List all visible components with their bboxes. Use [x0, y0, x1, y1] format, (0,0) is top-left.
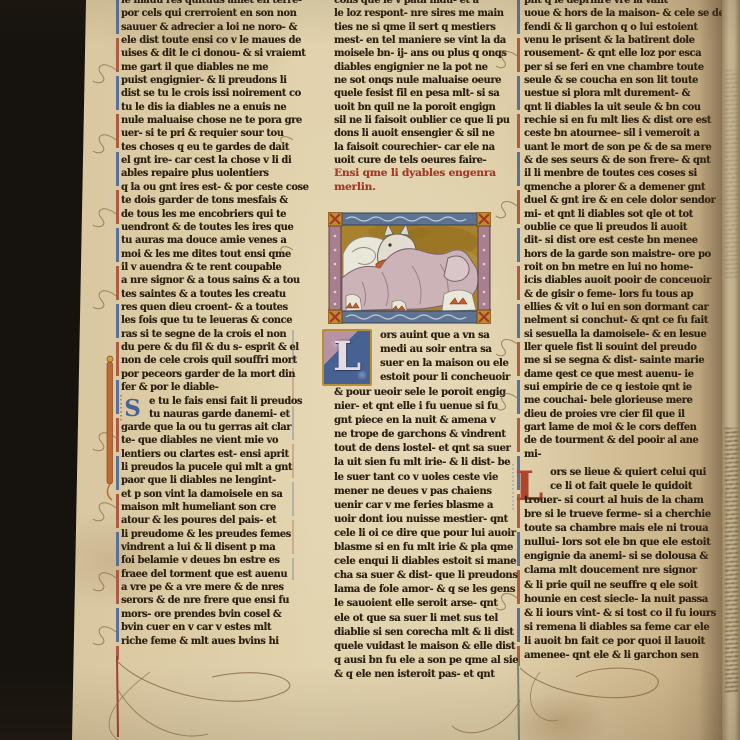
text-line: mener ne deues v pas chaiens	[334, 485, 516, 499]
text-line: garde que la ou tu gerras ait clar	[121, 421, 303, 434]
center-column-text-a: cons que ie v pata mdu- et ale loz respo…	[334, 0, 516, 167]
text-line: bre si le trueve ferme- si a cherchie	[524, 508, 704, 522]
text-line: por peceors garder de la mort din	[121, 368, 303, 381]
text-line: dons li auoit ensengier & sil ne	[334, 127, 516, 140]
text-line: uendront & de toutes les ires que	[121, 221, 303, 234]
text-line: q ausi bn fu ele a son pe qme al sie	[334, 654, 516, 668]
text-line: icis diables auoit pooir de conceuoir	[524, 274, 704, 287]
text-line: bvin cuer en v car v estes mlt	[121, 621, 303, 634]
text-line: foi belamie v deues bn estre es	[121, 554, 303, 567]
text-line: ceste bn atournee- sil i vemeroit a	[524, 127, 704, 140]
text-line: maison mlt humeliant son cre	[121, 501, 303, 514]
text-line: diablie si sen corecha mlt & li dist	[334, 626, 516, 640]
text-line: fendi & li garchon q o lui estoient	[524, 21, 704, 34]
text-line: q la ou gnt ires est- & por ceste cose	[121, 181, 303, 194]
text-line: le loz respont- nre sires me main	[334, 7, 516, 20]
text-line: nelment si conchut- & qnt ce fu fait	[524, 314, 704, 327]
text-line: oublie ce que li preudos li auoit	[524, 221, 704, 234]
text-line: fer & por le diable-	[121, 381, 303, 394]
text-line: cha sa suer & dist- que li preudons	[334, 569, 516, 583]
text-line: nullui- lors sot ele bn que ele estoit	[524, 536, 704, 550]
drop-cap-initial-l-center: L	[322, 329, 372, 386]
text-line: diables engignier ne la pot ne	[334, 61, 516, 74]
text-line: nier- et qnt elle i fu uenue si fu	[334, 400, 516, 414]
text-line: ras si te segne de la crois el non	[121, 328, 303, 341]
text-line: blasme si en fu mlt irie & pla qme	[334, 541, 516, 555]
text-line: suer en la maison ou ele	[380, 357, 518, 371]
text-line: ables repaire plus uolentiers	[121, 167, 303, 180]
left-column-text-indent: e tu le fais ensi fait li preudostu naur…	[149, 395, 304, 422]
text-line: tes saintes & a toutes les creatu	[121, 288, 303, 301]
text-line: uoit cure de tels oeures faire-	[334, 154, 516, 167]
text-line: & de ses seurs & de son frere- & qnt	[524, 154, 704, 167]
text-line: tout de dens lostel- et qnt sa suer	[334, 442, 516, 456]
text-line: ne trope de garchons & vindrent	[334, 428, 516, 442]
text-line: cele enqui li diables estoit si mane	[334, 555, 516, 569]
text-line: quele vuidast le maison & elle dist	[334, 640, 516, 654]
text-line: uant le mort de son pe & de sa mere	[524, 141, 704, 154]
text-line: ors auint que a vn sa	[380, 329, 518, 343]
text-line: tu le dis ia diables ne a enuis ne	[121, 101, 303, 114]
text-line: tu auras ma douce amie venes a	[121, 234, 303, 247]
text-line: si remena li diables sa feme car ele	[524, 621, 704, 635]
text-line: uenir car v me feries blasme a	[334, 499, 516, 513]
text-line: sil ne li faisoit oublier ce que li pu	[334, 114, 516, 127]
text-line: sui empirie de ce q iestoie qnt ie	[524, 381, 704, 394]
right-column-text-indent: ors se lieue & quiert celui quice li ot …	[550, 466, 704, 494]
text-line: atour & les poures del pais- et	[121, 514, 303, 527]
left-column-text-b: garde que la ou tu gerras ait clarte- qu…	[121, 421, 303, 648]
text-line: e tu le fais ensi fait li preudos	[149, 395, 304, 408]
text-line: mors- ore prendes bvin cosel &	[121, 608, 303, 621]
text-line: de tous les me encobriers qui te	[121, 208, 303, 221]
text-line: me gart il que diables ne me	[121, 61, 303, 74]
chapter-rubric: Ensi qme li dyables engenra merlin.	[334, 167, 496, 194]
center-column-text-b: & pour ueoir sele le poroit engignier- e…	[334, 386, 516, 682]
next-leaf-showthrough-text	[725, 70, 738, 280]
text-line: me si se segna & dist- sainte marie	[524, 354, 704, 367]
text-line: & li prie quil ne seuffre q ele soit	[524, 579, 704, 593]
text-line: & q ele nen isteroit pas- et qnt	[334, 668, 516, 682]
text-line: moi & les me dites tout ensi qme	[121, 248, 303, 261]
text-line: uoir dont iou nuisse mestier- qnt	[334, 513, 516, 527]
miniature	[328, 212, 491, 324]
text-line: gart lame de moi & le cors deffen	[524, 421, 704, 434]
text-line: rousement- & qnt elle loz por esca	[524, 47, 704, 60]
text-line: venu le prisent & la batirent dole	[524, 34, 704, 47]
text-line: le sauoient elle seroit arse- qnt	[334, 597, 516, 611]
text-line: roit on bn metre en lui no home-	[524, 261, 704, 274]
text-line: la faisoit courechier- car ele na	[334, 141, 516, 154]
text-line: et p son vint la damoisele en sa	[121, 488, 303, 501]
text-line: dieu de proies vre cier fil que il	[524, 408, 704, 421]
text-line: & de gisir o feme- lors fu tous ap	[524, 288, 704, 301]
text-line: non de cele crois quil souffri mort	[121, 354, 303, 367]
text-line: ele dist toute ensi co v le maues de	[121, 34, 303, 47]
text-line: tes choses q eu te gardes de dait	[121, 141, 303, 154]
text-line: cele li oi ce dire que pour lui auoir	[334, 527, 516, 541]
rubric-line: merlin.	[334, 181, 496, 195]
text-line: ors se lieue & quiert celui qui	[550, 466, 704, 480]
text-line: mest- en tel maniere se vint la da	[334, 34, 516, 47]
text-line: trouer- si court al huis de la cham	[524, 494, 704, 508]
text-line: dit- si dist ore est ceste bn menee	[524, 234, 704, 247]
next-leaf-showthrough-text	[725, 428, 738, 693]
text-line: mi- et qnt li diables sot qle ot tot	[524, 208, 704, 221]
text-line: engignie da anemi- si se dolousa &	[524, 550, 704, 564]
text-line: li auoit bn fait ce por quoi il lauoit	[524, 635, 704, 649]
text-line: si sesuella la damoisele- & en lesue	[524, 328, 704, 341]
text-line: moisele bn- ij- ans ou plus q onqs	[334, 47, 516, 60]
text-line: qmenche a plorer & a demener gnt	[524, 181, 704, 194]
text-line: estoit pour li concheuoir	[380, 371, 518, 385]
text-line: paor que li diables ne lengint-	[121, 474, 303, 487]
text-line: li preudos la pucele qui mlt a gnt	[121, 461, 303, 474]
text-line: le suer tant co v uoles ceste vie	[334, 471, 516, 485]
text-line: lentiers ou clartes est- ensi aprit	[121, 448, 303, 461]
left-column-text-a: le mauu res quituus amet en terre-por ce…	[121, 0, 303, 394]
text-line: duel & gnt ire & en cele dolor sendor	[524, 194, 704, 207]
text-line: por cels qui crerroient en son non	[121, 7, 303, 20]
text-line: uoue & hors de la maison- & cele se des	[524, 7, 704, 20]
text-line: & pour ueoir sele le poroit engig	[334, 386, 516, 400]
text-line: uestue si plora mlt durement- &	[524, 87, 704, 100]
text-line: ce li ot fait quele le quidoit	[550, 480, 704, 494]
right-column-text-b: trouer- si court al huis de la chambre s…	[524, 494, 704, 663]
text-line: le mauu res quituus amet en terre-	[121, 0, 303, 7]
text-line: clama mlt doucement nre signor	[524, 564, 704, 578]
text-line: puist engignier- & li preudons li	[121, 74, 303, 87]
column-rule-left	[116, 0, 119, 660]
text-line: de de tourment & del pooir al ane	[524, 434, 704, 447]
manuscript-photo: le mauu res quituus amet en terre-por ce…	[0, 0, 740, 740]
text-line: ties ne si qme il sert q mestiers	[334, 21, 516, 34]
miniature-drawing	[328, 212, 491, 324]
text-line: uises & dit le ci donou- & si vraiemt	[121, 47, 303, 60]
text-line: sauuer & adrecier a loi ne noro- &	[121, 21, 303, 34]
rubric-line: Ensi qme li dyables engenra	[334, 167, 496, 181]
drop-cap-initial-s: S	[120, 395, 145, 422]
text-line: gnt piece en la nuit & amena v	[334, 414, 516, 428]
text-line: serors & de nre frere que ensi fu	[121, 594, 303, 607]
text-line: ller quele fist li souint del preudo	[524, 341, 704, 354]
text-line: hounie en cest siecle- la nuit passa	[524, 593, 704, 607]
text-line: & li iours vint- & si tost co il fu iour…	[524, 607, 704, 621]
text-line: te dois garder de tons mesfais &	[121, 194, 303, 207]
text-line: me couchai- bele glorieuse mere	[524, 394, 704, 407]
text-line: a nre signor & a tous sains & a tou	[121, 274, 303, 287]
right-column-text-a: pnt q ie deprmre vre la vantuoue & hors …	[524, 0, 704, 461]
text-line: quele fesist fil en pesa mlt- si sa	[334, 87, 516, 100]
text-line: toute sa chambre mais ele ni troua	[524, 522, 704, 536]
text-line: el gnt ire- car cest la chose v li di	[121, 154, 303, 167]
text-line: ele ot que sa suer li met sus tel	[334, 612, 516, 626]
text-line: les fois que tu te leueras & conce	[121, 314, 303, 327]
text-line: nule maluaise chose ne te pora gre	[121, 114, 303, 127]
text-line: res quen dieu croent- & a toutes	[121, 301, 303, 314]
text-line: hors de la garde son maistre- ore po	[524, 248, 704, 261]
text-line: pnt q ie deprmre vre la vant	[524, 0, 704, 7]
text-line: il v auendra & te rent coupable	[121, 261, 303, 274]
text-line: per si se feri en vne chambre toute	[524, 61, 704, 74]
text-line: vindrent a lui & li disent p ma	[121, 541, 303, 554]
text-line: seule & se coucha en son lit toute	[524, 74, 704, 87]
text-line: uer- si te pri & requier sour tou	[121, 127, 303, 140]
text-line: qnt li diables la uit seule & bn cou	[524, 101, 704, 114]
text-line: ne sot onqs nule maluaise oeure	[334, 74, 516, 87]
text-line: amenee- qnt ele & li garchon sen	[524, 649, 704, 663]
text-line: fraee del torment que est auenu	[121, 568, 303, 581]
text-line: li preudome & les preudes femes	[121, 528, 303, 541]
text-line: rechie si en fu mlt lies & dist ore est	[524, 114, 704, 127]
text-line: dame qest ce que mest auenu- ie	[524, 368, 704, 381]
text-line: dist se tu le crois issi noirement co	[121, 87, 303, 100]
text-line: il li menbre de toutes ces coses si	[524, 167, 704, 180]
text-line: riche feme & mlt aues bvins hi	[121, 635, 303, 648]
text-line: cons que ie v pata mdu- et a	[334, 0, 516, 7]
text-line: a vre pe & a vre mere & de nres	[121, 581, 303, 594]
text-line: ellies & vit o lui en son dormant car	[524, 301, 704, 314]
text-line: lama de fole amor- & q se les gens	[334, 583, 516, 597]
text-line: la uit sien fu mlt irie- & li dist- be	[334, 456, 516, 470]
text-line: medi au soir entra sa	[380, 343, 518, 357]
text-line: te- que diables ne vient mie vo	[121, 434, 303, 447]
center-column-text-indent: ors auint que a vn samedi au soir entra …	[380, 329, 518, 385]
text-line: tu nauras garde danemi- et	[149, 408, 304, 421]
text-line: mi-	[524, 448, 704, 461]
text-line: du pere & du fil & du s- esprit & el	[121, 341, 303, 354]
text-line: uoit bn quil ne la poroit engign	[334, 101, 516, 114]
